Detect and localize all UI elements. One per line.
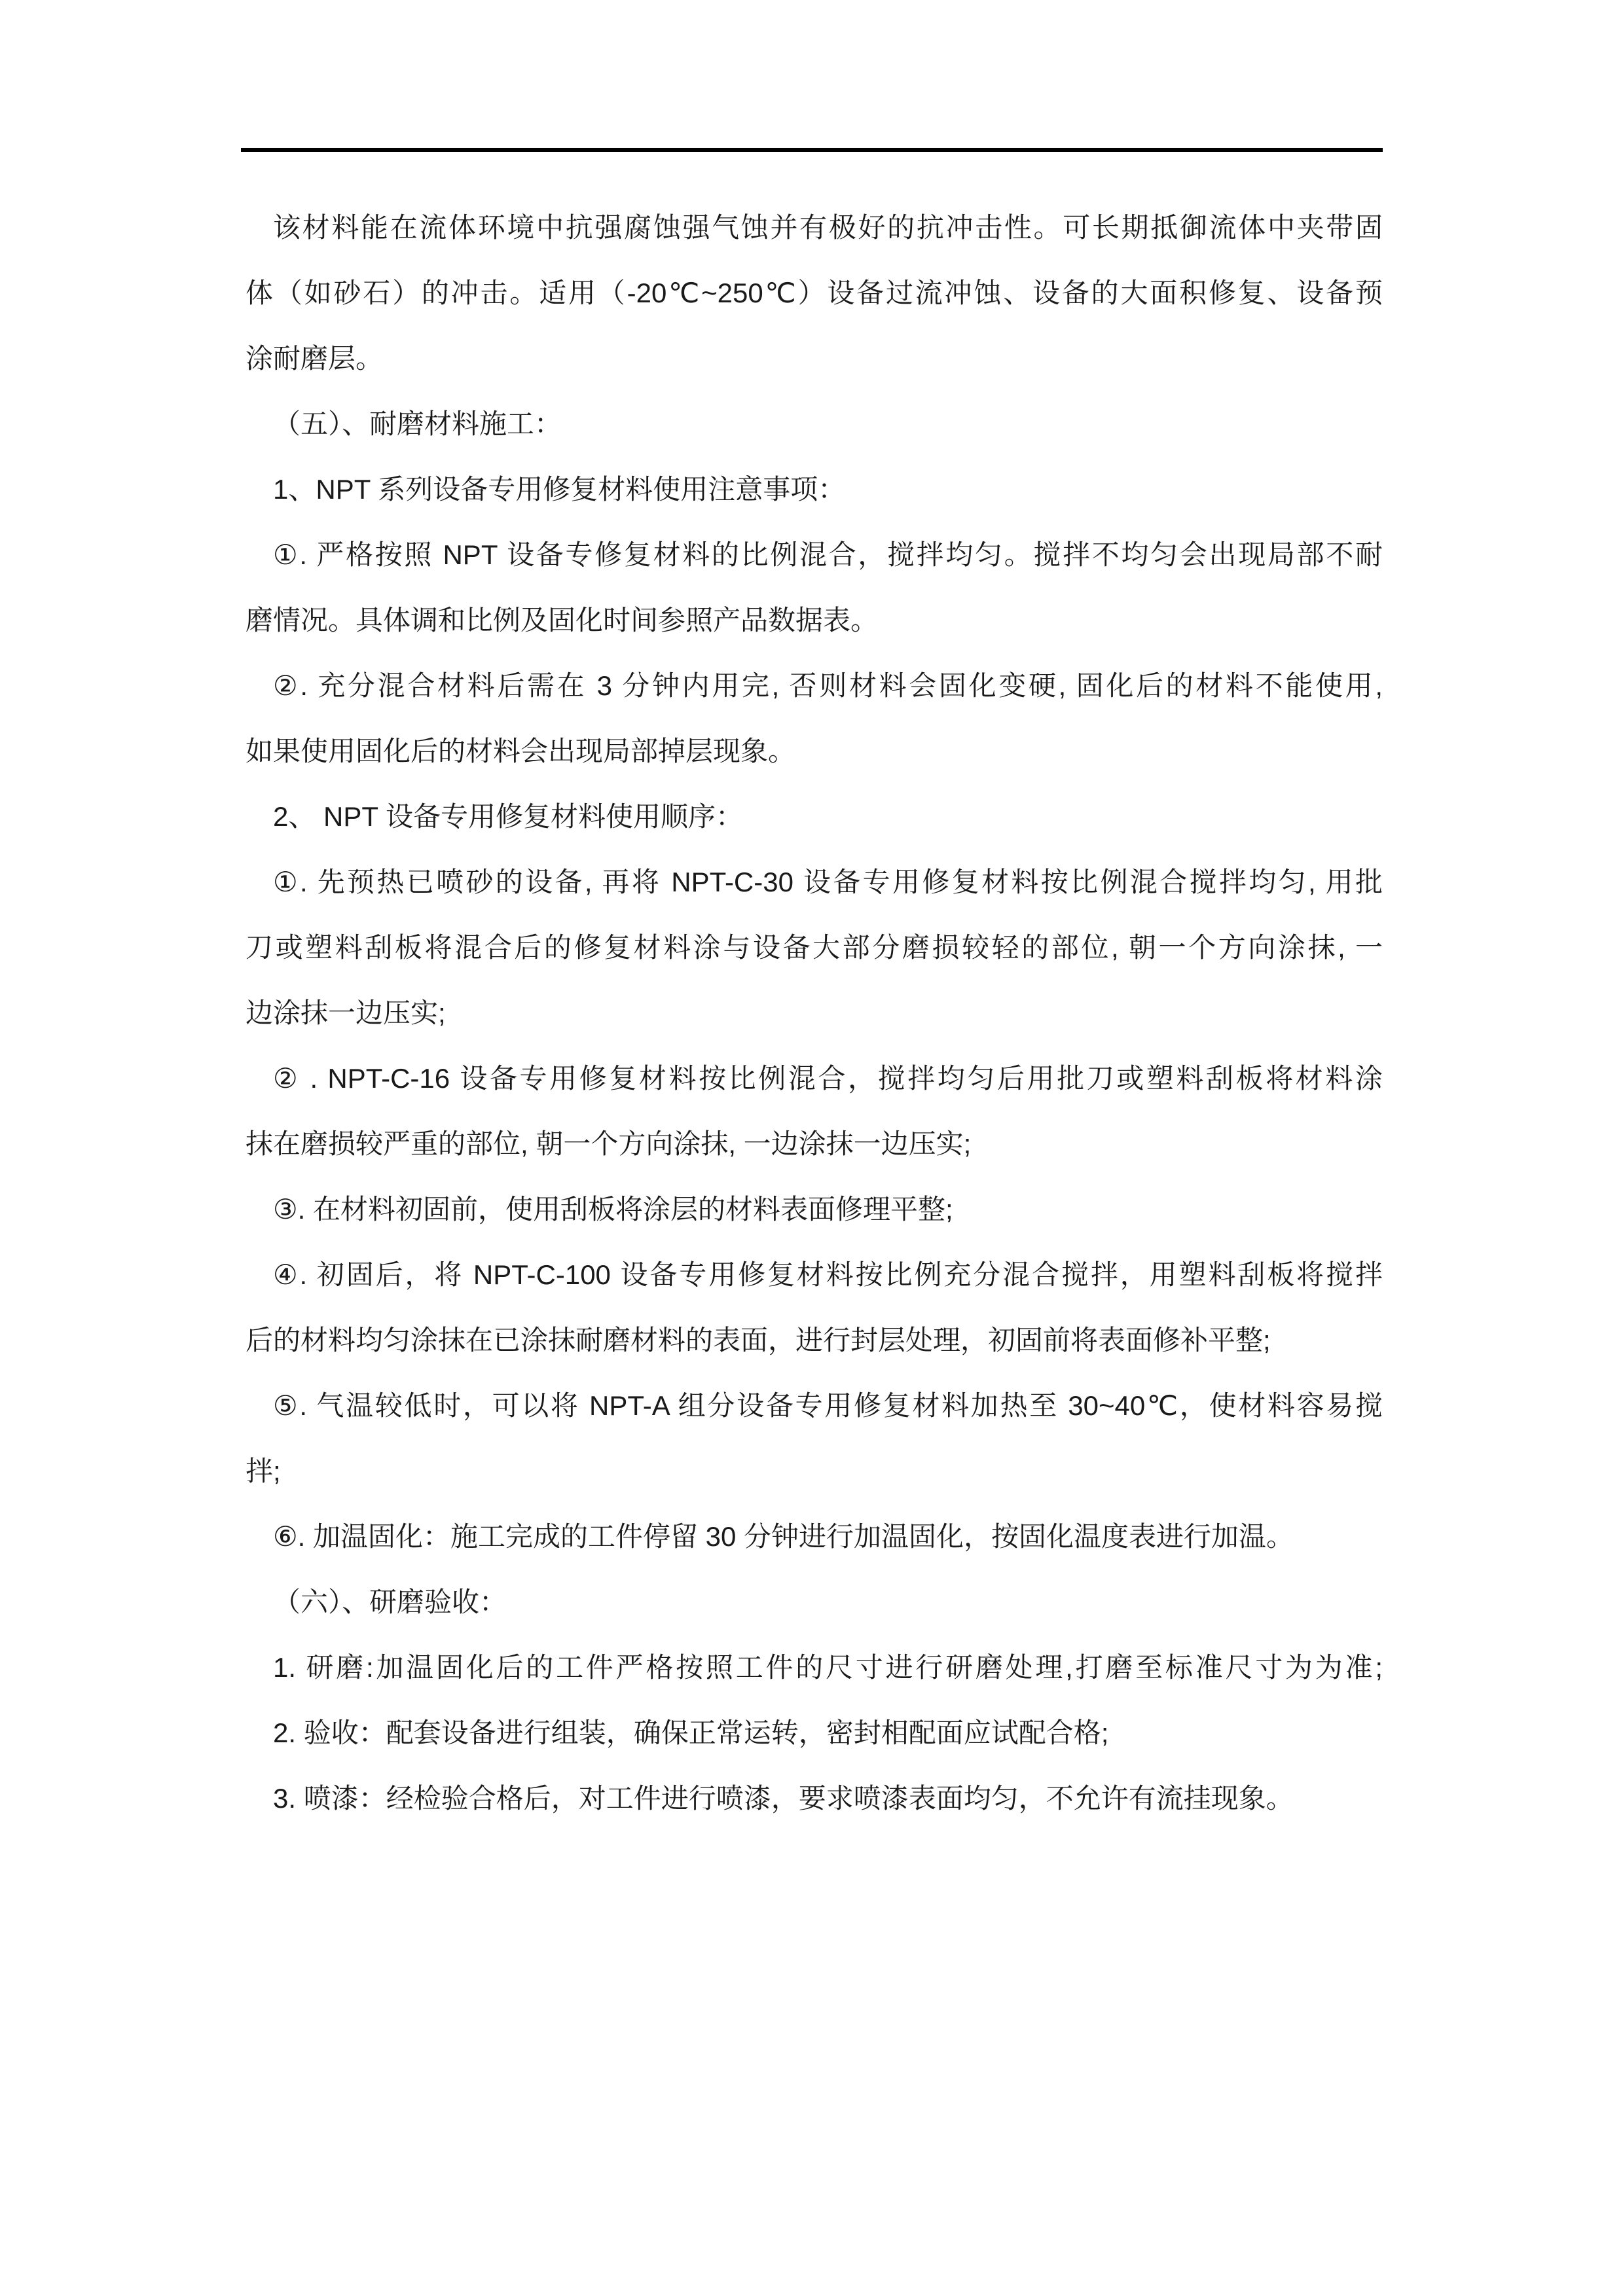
text-line: （五）、耐磨材料施工： (246, 403, 1383, 468)
text-line: 边涂抹一边压实; (246, 992, 1383, 1057)
text-line: ⑤. 气温较低时，可以将 NPT-A 组分设备专用修复材料加热至 30~40℃，… (246, 1384, 1383, 1450)
text-line: ①. 严格按照 NPT 设备专修复材料的比例混合，搅拌均匀。搅拌不均匀会出现局部… (246, 533, 1383, 599)
text-line: ② . NPT-C-16 设备专用修复材料按比例混合，搅拌均匀后用批刀或塑料刮板… (246, 1057, 1383, 1122)
text-line: ①. 先预热已喷砂的设备, 再将 NPT-C-30 设备专用修复材料按比例混合搅… (246, 861, 1383, 926)
text-line: ④. 初固后，将 NPT-C-100 设备专用修复材料按比例充分混合搅拌，用塑料… (246, 1253, 1383, 1319)
text-line: 抹在磨损较严重的部位, 朝一个方向涂抹, 一边涂抹一边压实; (246, 1122, 1383, 1188)
text-line: 2、 NPT 设备专用修复材料使用顺序： (246, 795, 1383, 861)
text-line: 涂耐磨层。 (246, 337, 1383, 403)
text-line: 磨情况。具体调和比例及固化时间参照产品数据表。 (246, 599, 1383, 664)
text-line: 该材料能在流体环境中抗强腐蚀强气蚀并有极好的抗冲击性。可长期抵御流体中夹带固 (246, 206, 1383, 272)
text-line: ②. 充分混合材料后需在 3 分钟内用完, 否则材料会固化变硬, 固化后的材料不… (246, 664, 1383, 730)
header-rule (241, 148, 1383, 152)
text-line: 体（如砂石）的冲击。适用（-20℃~250℃）设备过流冲蚀、设备的大面积修复、设… (246, 272, 1383, 337)
text-line: ③. 在材料初固前，使用刮板将涂层的材料表面修理平整; (246, 1188, 1383, 1253)
text-line: 1、NPT 系列设备专用修复材料使用注意事项： (246, 468, 1383, 533)
text-line: 刀或塑料刮板将混合后的修复材料涂与设备大部分磨损较轻的部位, 朝一个方向涂抹, … (246, 926, 1383, 992)
text-line: 拌; (246, 1450, 1383, 1515)
text-line: ⑥. 加温固化：施工完成的工件停留 30 分钟进行加温固化，按固化温度表进行加温… (246, 1515, 1383, 1581)
text-line: 1. 研磨:加温固化后的工件严格按照工件的尺寸进行研磨处理,打磨至标准尺寸为为准… (246, 1646, 1383, 1712)
text-line: （六）、研磨验收： (246, 1581, 1383, 1646)
document-page: 该材料能在流体环境中抗强腐蚀强气蚀并有极好的抗冲击性。可长期抵御流体中夹带固体（… (0, 0, 1623, 2296)
text-body: 该材料能在流体环境中抗强腐蚀强气蚀并有极好的抗冲击性。可长期抵御流体中夹带固体（… (246, 206, 1383, 1842)
text-line: 3. 喷漆：经检验合格后，对工件进行喷漆，要求喷漆表面均匀，不允许有流挂现象。 (246, 1777, 1383, 1842)
text-line: 后的材料均匀涂抹在已涂抹耐磨材料的表面，进行封层处理，初固前将表面修补平整; (246, 1319, 1383, 1384)
text-line: 如果使用固化后的材料会出现局部掉层现象。 (246, 730, 1383, 795)
text-line: 2. 验收：配套设备进行组装，确保正常运转，密封相配面应试配合格; (246, 1712, 1383, 1777)
